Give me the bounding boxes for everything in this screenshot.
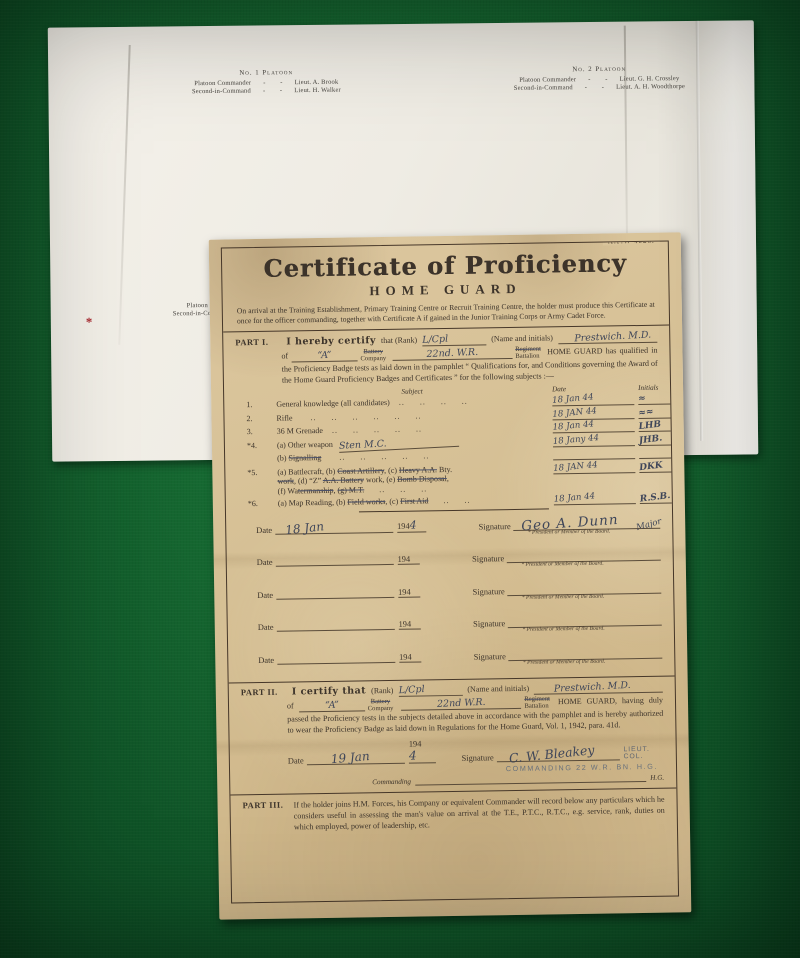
president-member-note: * President or Member of the Board. xyxy=(521,561,603,568)
roster-name xyxy=(498,95,588,96)
signoff-row: Date 194 Signature * President or Member… xyxy=(240,643,662,665)
roster-name xyxy=(65,99,225,101)
regiment-battalion-stack: RegimentBattalion xyxy=(524,696,550,710)
roster-name xyxy=(65,99,225,101)
roster-name xyxy=(225,98,329,99)
part2-certify-text: I certify that xyxy=(292,686,367,698)
signoff-row: Date 18 Jan 1944 Signature Geo A. Dunn M… xyxy=(238,513,660,535)
certificate-intro-text: On arrival at the Training Establishment… xyxy=(237,300,655,326)
part2-date-handwritten: 19 Jan xyxy=(330,749,370,766)
part1-company-handwritten: “A” xyxy=(317,350,331,362)
battery-company-stack: BatteryCompany xyxy=(360,348,386,362)
roster-name xyxy=(658,94,750,95)
roster-name xyxy=(65,99,225,101)
roster-name xyxy=(225,98,329,99)
regiment-battalion-stack: RegimentBattalion xyxy=(515,346,541,360)
roster-name xyxy=(658,94,750,95)
roster-name xyxy=(498,95,588,96)
roster-name xyxy=(65,99,225,101)
roster-name xyxy=(658,94,750,95)
roster-name xyxy=(225,98,329,99)
roster-name xyxy=(225,98,329,99)
roster-name xyxy=(65,99,225,101)
roster-name xyxy=(65,99,225,101)
part1-certify-text: I hereby certify xyxy=(286,335,376,347)
platoon-1-roster: No. 1 Platoon Platoon Commander - - Lieu… xyxy=(64,67,468,100)
part2-battalion-handwritten: 22nd W.R. xyxy=(437,697,486,710)
roster-name xyxy=(588,95,658,96)
platoon-2-roster: No. 2 Platoon Platoon Commander - - Lieu… xyxy=(446,64,752,96)
roster-name xyxy=(225,98,329,99)
roster-name xyxy=(65,99,225,101)
roster-name xyxy=(658,94,750,95)
roster-name xyxy=(65,99,225,101)
roster-name xyxy=(498,95,588,96)
roster-name xyxy=(225,98,329,99)
roster-name xyxy=(225,98,329,99)
roster-name xyxy=(658,94,750,95)
part2-date-signature-row: Date 19 Jan 1944 Signature C. W. Bleakey… xyxy=(288,736,664,766)
roster-name xyxy=(225,98,329,99)
certificate-border-box: A.F.W 4026. Certificate of Proficiency H… xyxy=(221,241,679,904)
roster-name xyxy=(225,98,329,99)
roster-name xyxy=(588,95,658,96)
roster-name xyxy=(498,95,588,96)
part2-year-handwritten: 4 xyxy=(409,749,417,763)
roster-name xyxy=(498,95,588,96)
roster-name xyxy=(588,95,658,96)
roster-name xyxy=(658,94,750,95)
part3-label: PART III. xyxy=(243,800,289,811)
platoon-1-column-1 xyxy=(65,99,225,101)
roster-name xyxy=(65,99,225,101)
roster-name xyxy=(65,99,225,101)
roster-name xyxy=(498,95,588,96)
platoon-2-column-3 xyxy=(658,94,750,95)
roster-name xyxy=(658,94,750,95)
roster-name xyxy=(658,94,750,95)
roster-name xyxy=(225,98,329,99)
roster-name xyxy=(65,99,225,101)
part2-of-paragraph: of “A”BatteryCompany 22nd W.R.RegimentBa… xyxy=(287,694,664,736)
roster-name xyxy=(588,95,658,96)
roster-name xyxy=(65,99,225,101)
roster-name xyxy=(498,95,588,96)
roster-name xyxy=(225,98,329,99)
roster-name xyxy=(65,99,225,101)
roster-name xyxy=(658,94,750,95)
roster-name xyxy=(588,95,658,96)
platoon-1-header: No. 1 Platoon Platoon Commander - - Lieu… xyxy=(64,67,468,96)
platoon-2-column-2 xyxy=(588,95,658,96)
roster-name xyxy=(588,95,658,96)
roster-name xyxy=(498,95,588,96)
roster-name xyxy=(498,95,588,96)
roster-name xyxy=(225,98,329,99)
form-number: A.F.W 4026. xyxy=(603,241,660,246)
roster-name xyxy=(588,95,658,96)
signoff-row: Date 194 Signature * President or Member… xyxy=(239,546,661,568)
roster-name xyxy=(588,95,658,96)
signoff-row: Date 194 Signature * President or Member… xyxy=(239,578,661,600)
roster-name xyxy=(225,98,329,99)
roster-name xyxy=(65,99,225,101)
president-member-note: * President or Member of the Board. xyxy=(528,528,610,535)
president-member-note: * President or Member of the Board. xyxy=(523,658,605,665)
roster-name xyxy=(658,94,750,95)
subject-row: *5. (a) Battlecraft, (b) Coast Artillery… xyxy=(247,461,659,496)
part3-blank-space xyxy=(243,827,666,904)
battery-company-stack: BatteryCompany xyxy=(368,698,394,712)
roster-name xyxy=(65,99,225,101)
roster-name xyxy=(658,94,750,95)
roster-name xyxy=(588,95,658,96)
roster-name xyxy=(658,94,750,95)
roster-name xyxy=(65,99,225,101)
roster-name xyxy=(658,94,750,95)
roster-name xyxy=(588,95,658,96)
roster-name xyxy=(588,95,658,96)
roster-name xyxy=(658,94,750,95)
roster-name xyxy=(65,99,225,101)
roster-name xyxy=(588,95,658,96)
roster-name xyxy=(498,95,588,96)
roster-name xyxy=(65,99,225,101)
roster-name xyxy=(588,95,658,96)
roster-name xyxy=(498,95,588,96)
platoon-1-column-2 xyxy=(225,98,329,99)
roster-name xyxy=(498,95,588,96)
roster-name xyxy=(498,95,588,96)
roster-name xyxy=(225,98,329,99)
certificate-title: Certificate of Proficiency xyxy=(234,250,656,283)
part1-label: PART I. xyxy=(235,337,281,348)
part3-section: PART III. If the holder joins H.M. Force… xyxy=(243,794,665,834)
roster-name xyxy=(588,95,658,96)
roster-name xyxy=(498,95,588,96)
platoon-1-title: No. 1 Platoon xyxy=(64,67,468,78)
president-member-note: * President or Member of the Board. xyxy=(522,626,604,633)
roster-name xyxy=(65,99,225,101)
part1-battalion-handwritten: 22nd. W.R. xyxy=(426,347,478,360)
roster-name xyxy=(588,95,658,96)
roster-name xyxy=(65,99,225,101)
roster-name xyxy=(498,95,588,96)
roster-name xyxy=(65,99,225,101)
part2-company-handwritten: “A” xyxy=(324,700,338,712)
part1-signoff-rows: Date 18 Jan 1944 Signature Geo A. Dunn M… xyxy=(238,513,662,665)
signoff-row: Date 194 Signature * President or Member… xyxy=(240,611,662,633)
table-bottom-rule xyxy=(359,508,549,512)
roster-name xyxy=(225,98,329,99)
roster-name xyxy=(65,99,225,101)
part1-name-handwritten: Prestwich. M.D. xyxy=(574,330,651,345)
fold-crease xyxy=(624,26,628,236)
part1-rank-handwritten: L/Cpl xyxy=(422,334,448,346)
roster-name xyxy=(588,95,658,96)
roster-name xyxy=(225,98,329,99)
roster-name xyxy=(658,94,750,95)
roster-name xyxy=(588,95,658,96)
roster-name xyxy=(658,94,750,95)
roster-name xyxy=(65,99,225,101)
part2-name-handwritten: Prestwich. M.D. xyxy=(554,680,631,695)
roster-name xyxy=(498,95,588,96)
roster-name xyxy=(65,99,225,101)
roster-name xyxy=(588,95,658,96)
part2-label: PART II. xyxy=(241,687,287,698)
platoon-2-column-1 xyxy=(498,95,588,96)
roster-name xyxy=(65,99,225,101)
president-member-note: * President or Member of the Board. xyxy=(522,593,604,600)
roster-name xyxy=(658,94,750,95)
platoon-2-title: No. 2 Platoon xyxy=(446,64,752,74)
roster-name xyxy=(498,95,588,96)
certificate-of-proficiency: A.F.W 4026. Certificate of Proficiency H… xyxy=(209,232,692,919)
roster-name xyxy=(65,99,225,101)
photo-of-documents: { "scene": { "felt_color": "#156630", "p… xyxy=(0,0,800,958)
platoon-2-header: No. 2 Platoon Platoon Commander - - Lieu… xyxy=(446,64,752,92)
roster-name xyxy=(658,94,750,95)
roster-name xyxy=(225,98,329,99)
roster-name xyxy=(498,95,588,96)
roster-name xyxy=(498,95,588,96)
roster-name xyxy=(65,99,225,101)
roster-name xyxy=(65,99,225,101)
signature-rank: LIEUT. COL. xyxy=(623,746,663,761)
part3-body-text: If the holder joins H.M. Forces, his Com… xyxy=(293,794,664,833)
roster-name xyxy=(225,98,329,99)
roster-name xyxy=(588,95,658,96)
part1-of-paragraph: of “A”BatteryCompany 22nd. W.R.RegimentB… xyxy=(281,344,658,386)
roster-name xyxy=(498,95,588,96)
roster-name xyxy=(225,98,329,99)
roster-name xyxy=(225,98,329,99)
roster-name xyxy=(658,94,750,95)
part2-rank-handwritten: L/Cpl xyxy=(398,684,424,696)
roster-name xyxy=(588,95,658,96)
roster-name xyxy=(498,95,588,96)
roster-name xyxy=(225,98,329,99)
roster-name xyxy=(658,94,750,95)
roster-name xyxy=(225,98,329,99)
part1-subjects-table: Subject Date Initials 1. General knowled… xyxy=(246,384,660,514)
